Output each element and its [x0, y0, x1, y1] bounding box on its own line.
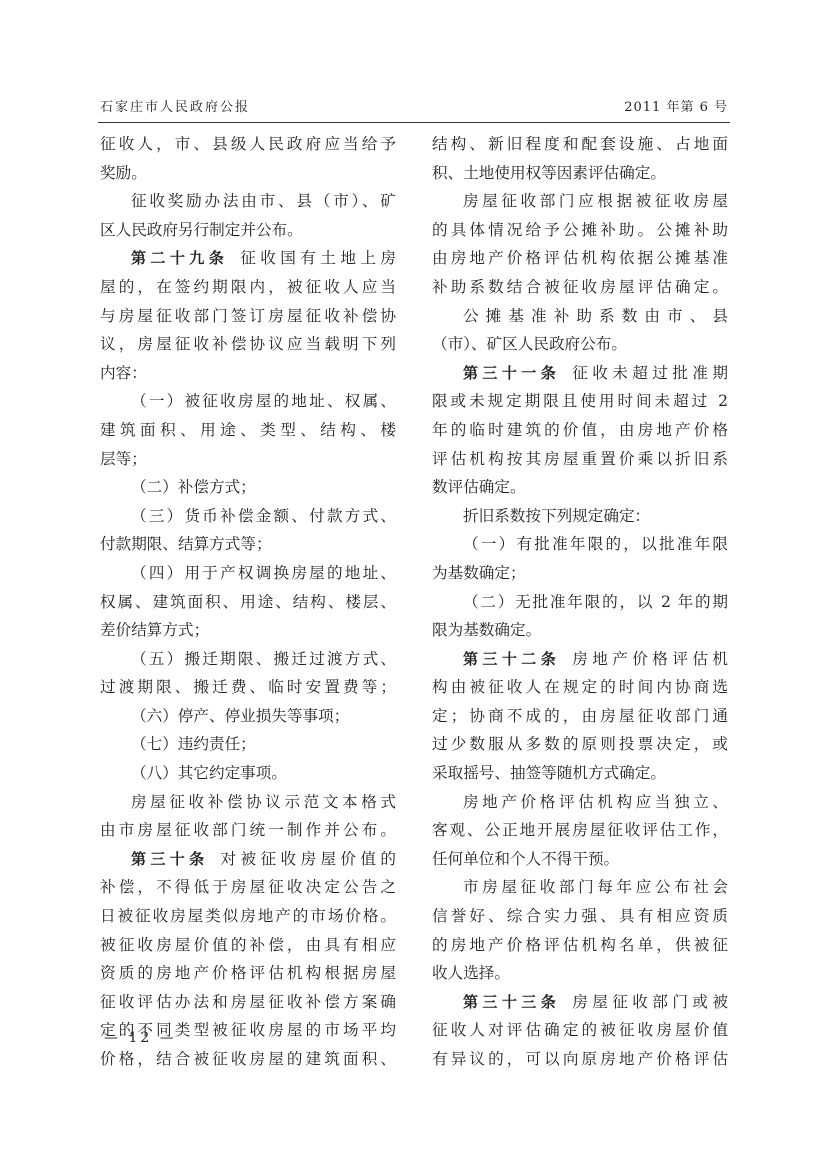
text-line: （六）停产、停业损失等事项；	[100, 702, 396, 731]
article-number: 第二十九条	[131, 249, 228, 267]
line-text: 折旧系数按下列规定确定：	[463, 507, 650, 525]
text-line: 公摊基准补助系数由市、县	[432, 302, 728, 331]
line-text: 房屋征收部门应根据被征收房屋	[463, 192, 728, 210]
publication-title: 石家庄市人民政府公报	[100, 96, 250, 115]
text-line: 建筑面积、用途、类型、结构、楼	[100, 416, 396, 445]
line-text: 定；协商不成的，由房屋征收部门通	[432, 707, 728, 725]
article-number: 第三十条	[131, 850, 209, 868]
text-line: 权属、建筑面积、用途、结构、楼层、	[100, 588, 396, 617]
text-line: 房屋征收部门应根据被征收房屋	[432, 187, 728, 216]
text-line: 数评估确定。	[432, 473, 728, 502]
line-text: （八）其它约定事项。	[131, 764, 287, 782]
line-text: （二）补偿方式；	[131, 478, 256, 496]
text-line: 议，房屋征收补偿协议应当载明下列	[100, 330, 396, 359]
article-heading-line: 第三十一条征收未超过批准期	[432, 359, 728, 388]
text-line: 房屋征收补偿协议示范文本格式	[100, 788, 396, 817]
text-line: 评估机构按其房屋重置价乘以折旧系	[432, 445, 728, 474]
line-text: 补助系数结合被征收房屋评估确定。	[432, 278, 728, 296]
text-line: 征收人，市、县级人民政府应当给予	[100, 130, 396, 159]
line-text: 构由被征收人在规定的时间内协商选	[432, 678, 728, 696]
text-line: 被征收房屋价值的补偿，由具有相应	[100, 931, 396, 960]
line-text: 客观、公正地开展房屋征收评估工作，	[432, 821, 728, 839]
line-text: 年的临时建筑的价值，由房地产价格	[432, 421, 728, 439]
text-line: （八）其它约定事项。	[100, 759, 396, 788]
line-text: （二）无批准年限的，以 2 年的期	[463, 593, 728, 611]
text-line: （一）有批准年限的，以批准年限	[432, 530, 728, 559]
line-text: 补偿，不得低于房屋征收决定公告之	[100, 878, 396, 896]
text-line: 由市房屋征收部门统一制作并公布。	[100, 816, 396, 845]
line-text: 被征收房屋价值的补偿，由具有相应	[100, 936, 396, 954]
text-line: 价格，结合被征收房屋的建筑面积、	[100, 1045, 396, 1074]
line-text: 区人民政府另行制定并公布。	[100, 221, 303, 239]
text-line: （一）被征收房屋的地址、权属、	[100, 387, 396, 416]
text-line: 屋的，在签约期限内，被征收人应当	[100, 273, 396, 302]
text-line: 定；协商不成的，由房屋征收部门通	[432, 702, 728, 731]
text-line: （市）、矿区人民政府公布。	[432, 330, 728, 359]
text-line: 征收评估办法和房屋征收补偿方案确	[100, 988, 396, 1017]
text-line: （二）无批准年限的，以 2 年的期	[432, 588, 728, 617]
header-rule	[98, 122, 730, 123]
article-heading-line: 第二十九条征收国有土地上房	[100, 244, 396, 273]
text-line: （七）违约责任；	[100, 730, 396, 759]
line-text: 公摊基准补助系数由市、县	[463, 307, 728, 325]
line-text: 房地产价格评估机构应当独立、	[463, 793, 728, 811]
line-text: 由市房屋征收部门统一制作并公布。	[100, 821, 396, 839]
text-line: 层等；	[100, 445, 396, 474]
line-text: 房屋征收补偿协议示范文本格式	[131, 793, 396, 811]
article-heading-line: 第三十三条房屋征收部门或被	[432, 988, 728, 1017]
line-text: 房屋征收部门或被	[572, 993, 728, 1011]
text-line: 限或未规定期限且使用时间未超过 2	[432, 387, 728, 416]
text-line: 征收人对评估确定的被征收房屋价值	[432, 1016, 728, 1045]
text-line: 市房屋征收部门每年应公布社会	[432, 873, 728, 902]
right-column: 结构、新旧程度和配套设施、占地面积、土地使用权等因素评估确定。房屋征收部门应根据…	[432, 130, 728, 1074]
text-line: 过少数服从多数的原则投票决定，或	[432, 730, 728, 759]
text-line: 采取摇号、抽签等随机方式确定。	[432, 759, 728, 788]
line-text: 结构、新旧程度和配套设施、占地面	[432, 135, 728, 153]
running-header: 石家庄市人民政府公报 2011 年第 6 号	[100, 96, 728, 118]
text-line: 补助系数结合被征收房屋评估确定。	[432, 273, 728, 302]
line-text: 价格，结合被征收房屋的建筑面积、	[100, 1050, 396, 1068]
text-line: 收人选择。	[432, 959, 728, 988]
line-text: 征收评估办法和房屋征收补偿方案确	[100, 993, 396, 1011]
line-text: 限或未规定期限且使用时间未超过 2	[432, 392, 728, 410]
text-line: 结构、新旧程度和配套设施、占地面	[432, 130, 728, 159]
text-line: 任何单位和个人不得干预。	[432, 845, 728, 874]
text-line: 折旧系数按下列规定确定：	[432, 502, 728, 531]
line-text: 评估机构按其房屋重置价乘以折旧系	[432, 450, 728, 468]
text-line: 付款期限、结算方式等；	[100, 530, 396, 559]
line-text: （一）有批准年限的，以批准年限	[463, 535, 728, 553]
line-text: （一）被征收房屋的地址、权属、	[131, 392, 396, 410]
line-text: 资质的房地产价格评估机构根据房屋	[100, 964, 396, 982]
line-text: （五）搬迁期限、搬迁过渡方式、	[131, 650, 396, 668]
line-text: 限为基数确定。	[432, 621, 541, 639]
line-text: 征收奖励办法由市、县（市）、矿	[131, 192, 396, 210]
line-text: 层等；	[100, 450, 147, 468]
left-column: 征收人，市、县级人民政府应当给予奖励。征收奖励办法由市、县（市）、矿区人民政府另…	[100, 130, 396, 1074]
line-text: （市）、矿区人民政府公布。	[432, 335, 627, 353]
text-line: 构由被征收人在规定的时间内协商选	[432, 673, 728, 702]
line-text: 征收人对评估确定的被征收房屋价值	[432, 1021, 728, 1039]
line-text: 积、土地使用权等因素评估确定。	[432, 164, 666, 182]
article-number: 第三十二条	[463, 650, 560, 668]
text-line: 奖励。	[100, 159, 396, 188]
issue-number: 2011 年第 6 号	[624, 96, 728, 115]
text-line: （三）货币补偿金额、付款方式、	[100, 502, 396, 531]
text-line: 差价结算方式；	[100, 616, 396, 645]
line-text: （七）违约责任；	[131, 735, 256, 753]
line-text: 建筑面积、用途、类型、结构、楼	[100, 421, 396, 439]
line-text: 过少数服从多数的原则投票决定，或	[432, 735, 728, 753]
text-line: 限为基数确定。	[432, 616, 728, 645]
line-text: 房地产价格评估机	[572, 650, 728, 668]
line-text: 差价结算方式；	[100, 621, 209, 639]
line-text: （四）用于产权调换房屋的地址、	[131, 564, 396, 582]
line-text: 征收人，市、县级人民政府应当给予	[100, 135, 396, 153]
line-text: 日被征收房屋类似房地产的市场价格。	[100, 907, 396, 925]
line-text: 议，房屋征收补偿协议应当载明下列	[100, 335, 396, 353]
line-text: 奖励。	[100, 164, 147, 182]
text-line: 年的临时建筑的价值，由房地产价格	[432, 416, 728, 445]
line-text: 征收国有土地上房	[240, 249, 396, 267]
text-line: 过渡期限、搬迁费、临时安置费等；	[100, 673, 396, 702]
text-line: 资质的房地产价格评估机构根据房屋	[100, 959, 396, 988]
text-line: 区人民政府另行制定并公布。	[100, 216, 396, 245]
line-text: 信誉好、综合实力强、具有相应资质	[432, 907, 728, 925]
line-text: 采取摇号、抽签等随机方式确定。	[432, 764, 666, 782]
text-line: 内容：	[100, 359, 396, 388]
line-text: 过渡期限、搬迁费、临时安置费等；	[100, 678, 396, 696]
line-text: 权属、建筑面积、用途、结构、楼层、	[100, 593, 396, 611]
text-line: 房地产价格评估机构应当独立、	[432, 788, 728, 817]
article-heading-line: 第三十条对被征收房屋价值的	[100, 845, 396, 874]
text-line: 积、土地使用权等因素评估确定。	[432, 159, 728, 188]
text-line: 日被征收房屋类似房地产的市场价格。	[100, 902, 396, 931]
text-line: 的房地产价格评估机构名单，供被征	[432, 931, 728, 960]
article-heading-line: 第三十二条房地产价格评估机	[432, 645, 728, 674]
line-text: 数评估确定。	[432, 478, 526, 496]
text-line: 征收奖励办法由市、县（市）、矿	[100, 187, 396, 216]
line-text: （三）货币补偿金额、付款方式、	[131, 507, 396, 525]
line-text: 与房屋征收部门签订房屋征收补偿协	[100, 307, 396, 325]
line-text: 征收未超过批准期	[572, 364, 728, 382]
line-text: 的具体情况给予公摊补助。公摊补助	[432, 221, 728, 239]
line-text: 市房屋征收部门每年应公布社会	[463, 878, 728, 896]
text-line: 信誉好、综合实力强、具有相应资质	[432, 902, 728, 931]
line-text: 任何单位和个人不得干预。	[432, 850, 619, 868]
line-text: 为基数确定；	[432, 564, 526, 582]
text-line: （二）补偿方式；	[100, 473, 396, 502]
article-number: 第三十一条	[463, 364, 560, 382]
line-text: 对被征收房屋价值的	[221, 850, 396, 868]
text-line: 客观、公正地开展房屋征收评估工作，	[432, 816, 728, 845]
page-number: — 12 —	[104, 1030, 177, 1046]
line-text: 屋的，在签约期限内，被征收人应当	[100, 278, 396, 296]
text-line: 为基数确定；	[432, 559, 728, 588]
text-line: （五）搬迁期限、搬迁过渡方式、	[100, 645, 396, 674]
line-text: 内容：	[100, 364, 147, 382]
text-line: 有异议的，可以向原房地产价格评估	[432, 1045, 728, 1074]
line-text: （六）停产、停业损失等事项；	[131, 707, 349, 725]
text-line: （四）用于产权调换房屋的地址、	[100, 559, 396, 588]
line-text: 的房地产价格评估机构名单，供被征	[432, 936, 728, 954]
text-line: 的具体情况给予公摊补助。公摊补助	[432, 216, 728, 245]
line-text: 由房地产价格评估机构依据公摊基准	[432, 249, 728, 267]
line-text: 收人选择。	[432, 964, 510, 982]
article-number: 第三十三条	[463, 993, 560, 1011]
text-line: 补偿，不得低于房屋征收决定公告之	[100, 873, 396, 902]
text-line: 由房地产价格评估机构依据公摊基准	[432, 244, 728, 273]
line-text: 有异议的，可以向原房地产价格评估	[432, 1050, 728, 1068]
line-text: 付款期限、结算方式等；	[100, 535, 272, 553]
text-line: 与房屋征收部门签订房屋征收补偿协	[100, 302, 396, 331]
